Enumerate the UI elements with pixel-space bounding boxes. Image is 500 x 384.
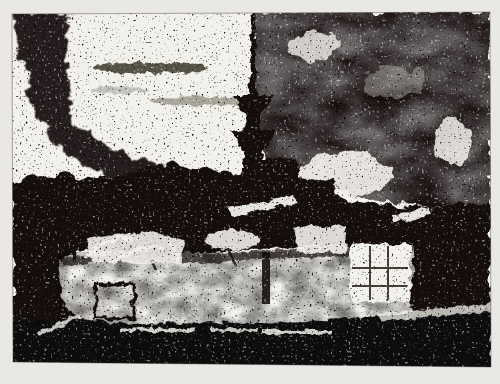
film-grain-light bbox=[12, 12, 491, 368]
photo-canvas bbox=[0, 0, 500, 384]
scanned-page bbox=[0, 0, 500, 384]
battleship-photograph bbox=[0, 0, 500, 384]
photo-area bbox=[10, 10, 493, 370]
